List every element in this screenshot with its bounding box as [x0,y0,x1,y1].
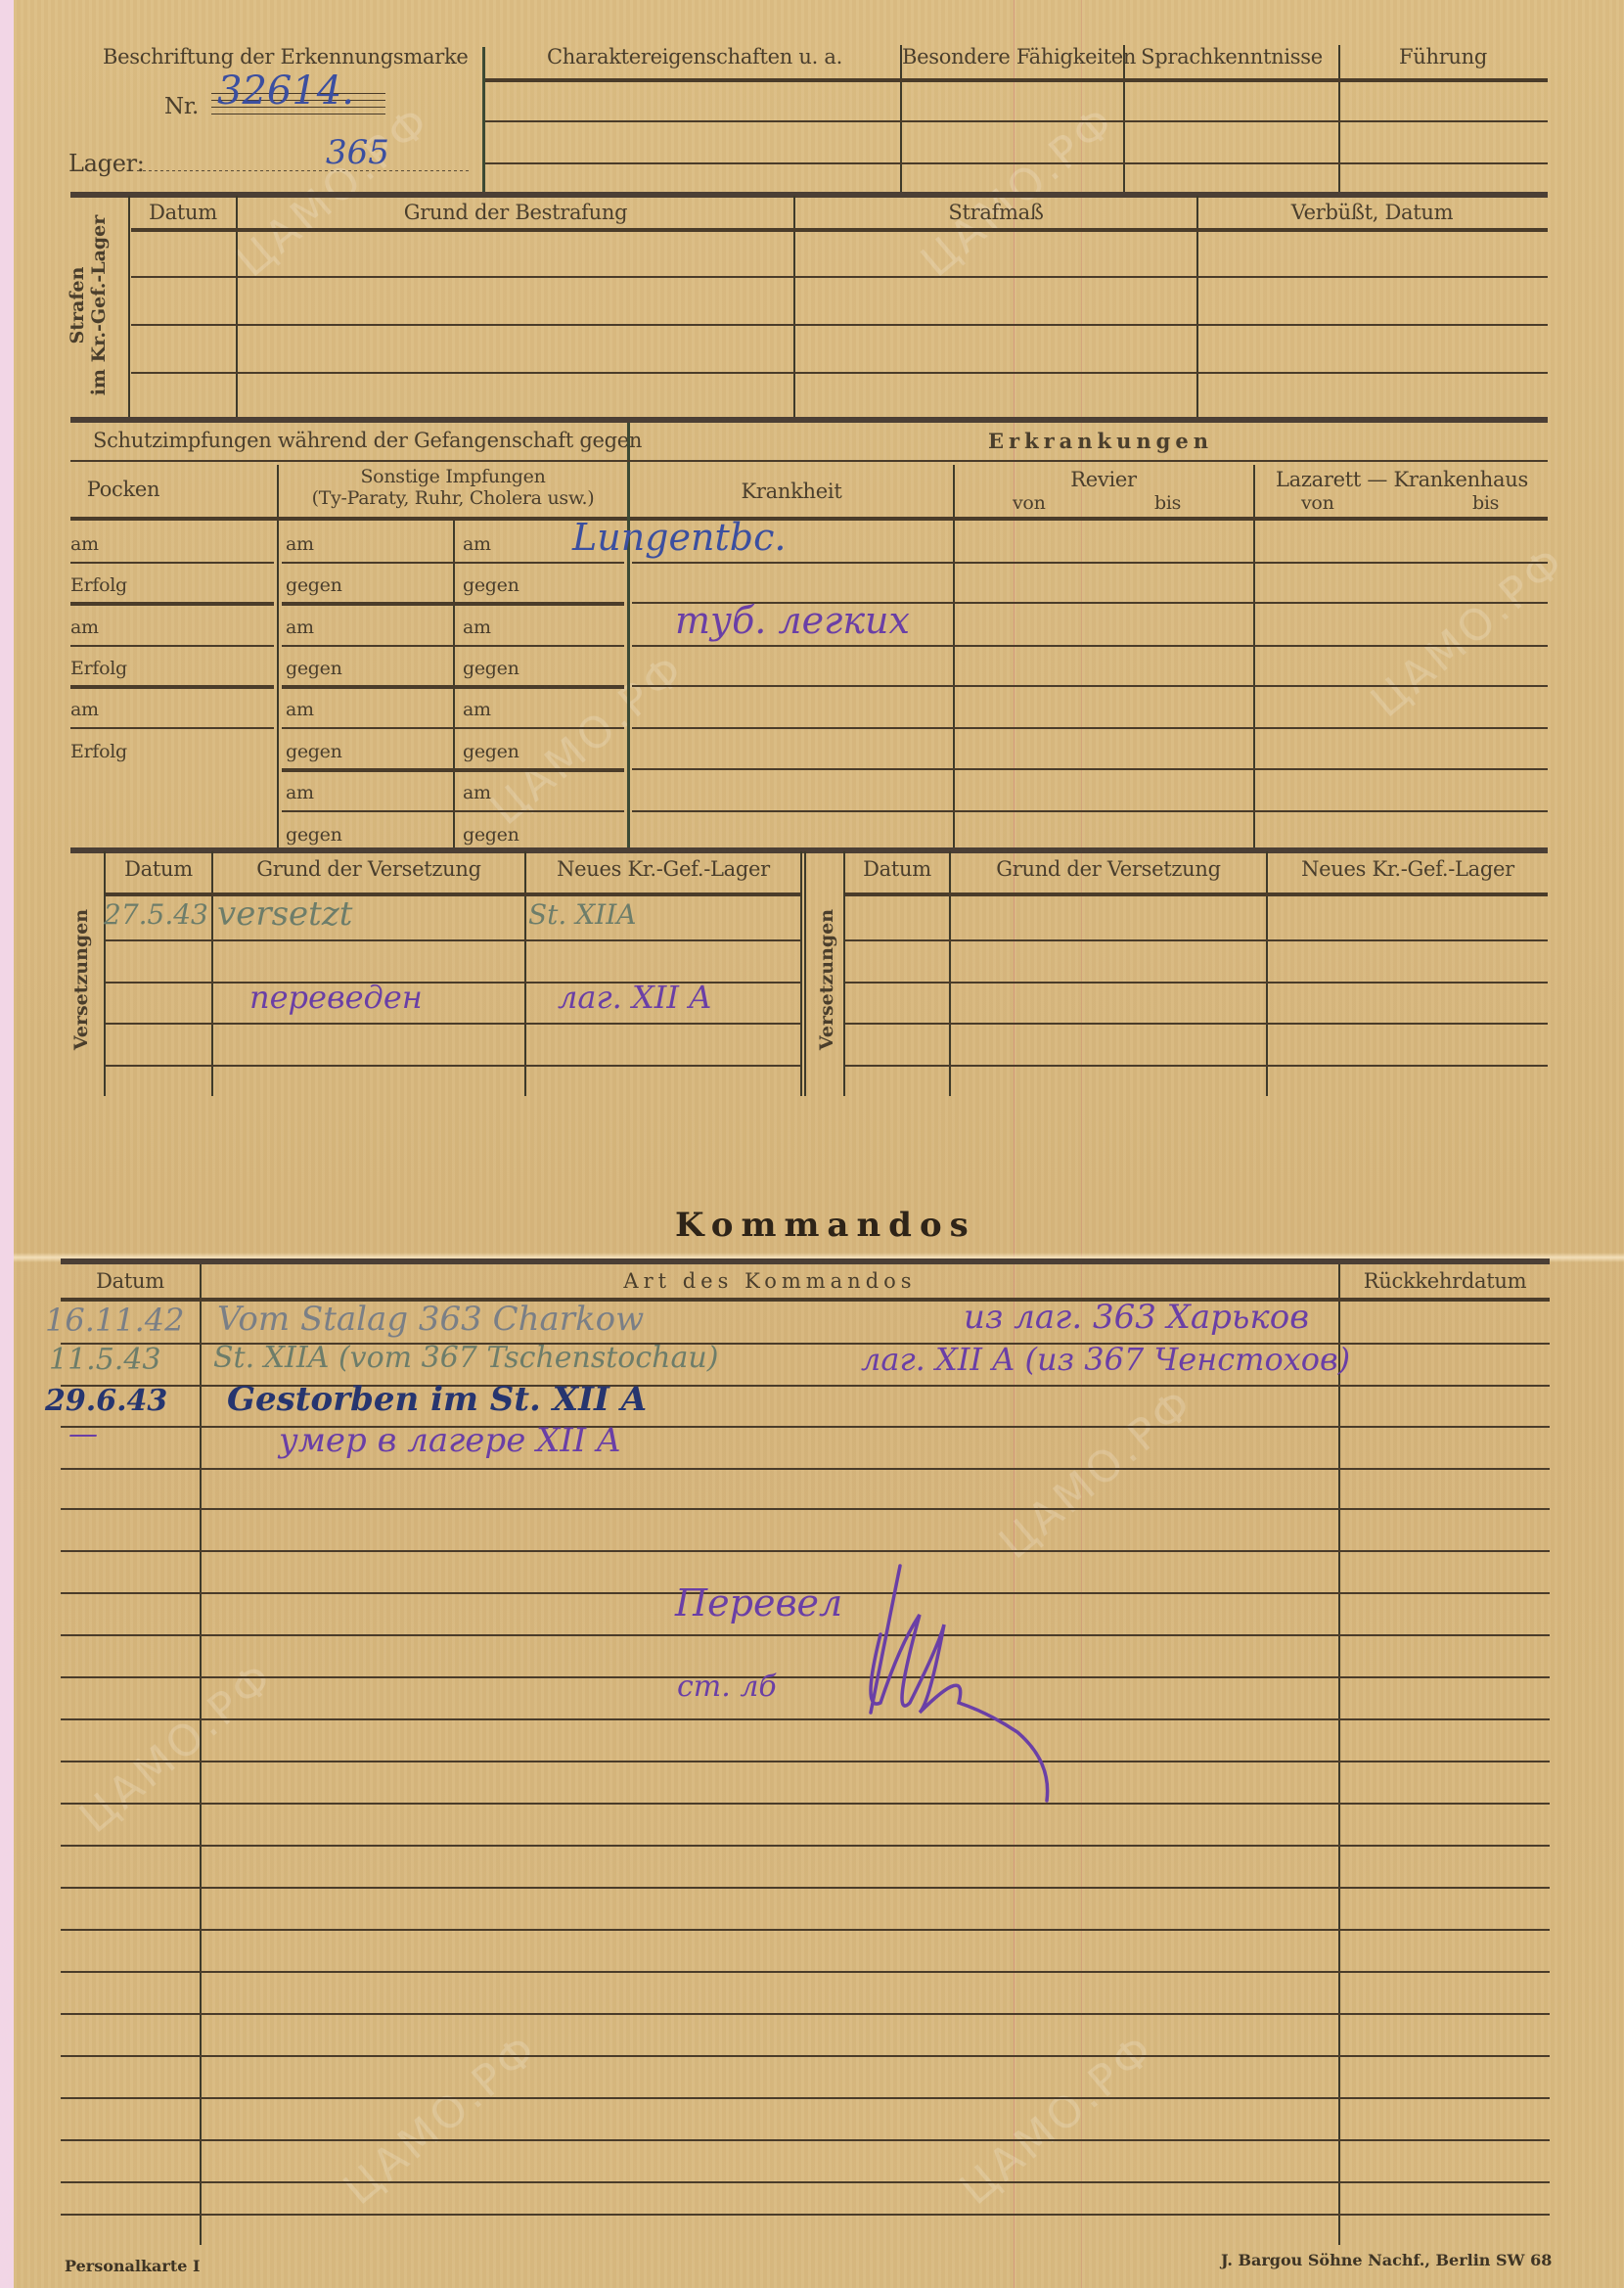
header-rule [131,228,1548,232]
kommando-description-russian: умер в лагере XII A [279,1421,621,1460]
row-rule [106,939,800,941]
kommandos-title: Kommandos [675,1206,976,1245]
header-rule [485,78,1548,82]
transfer-date: 27.5.43 [104,898,208,931]
row-rule [61,1550,1550,1552]
sonstige-am: am [463,617,491,638]
row-rule [61,1761,1550,1762]
header-krankheit: Krankheit [630,480,953,503]
header-datum: Datum [130,201,236,224]
row-rule [845,1065,1548,1067]
row-rule [282,562,624,564]
row-rule [61,2013,1550,2015]
side-label-line: im Kr.-Gef.-Lager [88,212,110,398]
kommando-description-russian: из лаг. 363 Харьков [964,1298,1309,1337]
col-divider [277,465,279,851]
nr-label: Nr. [164,94,199,119]
illnesses-title: Erkrankungen [988,429,1213,453]
header-sonstige-impfungen-examples: (Ty-Paraty, Ruhr, Cholera usw.) [279,487,627,509]
kommando-description-german: St. XIIA (vom 367 Tschenstochau) [213,1341,718,1375]
sonstige-am: am [286,617,314,638]
lager-value: 365 [326,133,389,172]
identity-divider [482,47,485,192]
kommando-description-russian: лаг. XII A (из 367 Ченстохов) [861,1341,1350,1378]
paper-margin-line [1014,0,1015,2288]
row-rule [70,645,274,647]
header-sprachkenntnisse: Sprachkenntnisse [1125,45,1338,69]
sonstige-gegen: gegen [286,741,342,762]
header-sonstige-impfungen: Sonstige Impfungen [279,466,627,487]
row-rule [61,1718,1550,1720]
lazarett-bis: bis [1472,492,1499,514]
header-rule [845,892,1548,896]
header-neues-lager: Neues Kr.-Gef.-Lager [1268,857,1548,881]
row-rule [70,727,274,729]
tag-number-value: 32614. [217,69,354,114]
signature-title: Перевел [675,1581,842,1624]
col-divider [800,851,802,1096]
row-rule [61,1929,1550,1931]
section-rule [70,417,1548,423]
row-rule [485,162,1548,164]
row-rule [845,982,1548,984]
transfers-side-label-left: Versetzungen [70,896,92,1063]
printer-imprint: J. Bargou Söhne Nachf., Berlin SW 68 [1221,2251,1552,2269]
row-rule [106,1023,800,1025]
header-besondere-faehigkeiten: Besondere Fähigkeiten [902,45,1123,69]
signature-scribble-icon [822,1556,1076,1810]
header-grund-der-versetzung: Grund der Versetzung [213,857,524,881]
sonstige-am: am [286,782,314,803]
header-charaktereigenschaften: Charaktereigenschaften u. a. [489,45,900,69]
row-rule [70,562,274,564]
header-lazarett-krankenhaus: Lazarett — Krankenhaus [1255,468,1549,491]
nr-rule [211,114,385,114]
kommando-description-german: Gestorben im St. XII A [227,1380,647,1419]
transfer-new-camp: St. XIIA [528,898,637,931]
header-strafmass: Strafmaß [795,201,1196,224]
header-grund-der-versetzung: Grund der Versetzung [951,857,1266,881]
lazarett-von: von [1301,492,1334,514]
sonstige-gegen: gegen [286,574,342,596]
row-rule [61,2139,1550,2141]
section-rule [61,1258,1550,1264]
row-rule [282,645,624,647]
sonstige-am: am [286,699,314,720]
section-rule [70,847,1548,853]
sonstige-gegen: gegen [286,824,342,846]
sonstige-am: am [286,533,314,555]
kommando-date: 11.5.43 [49,1343,161,1377]
kommando-date: 16.11.42 [45,1302,185,1339]
lager-dotted-line [137,170,470,171]
row-rule [61,2214,1550,2216]
row-rule [61,1676,1550,1678]
pocken-am: am [70,699,99,720]
row-rule [61,1508,1550,1510]
header-rueckkehrdatum: Rückkehrdatum [1340,1269,1550,1293]
row-rule [131,276,1548,278]
row-rule [61,1803,1550,1805]
illness-entry-russian: туб. легких [675,599,910,642]
row-rule [61,1468,1550,1470]
col-divider [843,851,845,1096]
vaccinations-title: Schutzimpfungen während der Gefangenscha… [93,429,642,452]
signature-rank: ст. лб [677,1670,777,1704]
transfer-reason: versetzt [217,894,352,934]
revier-bis: bis [1154,492,1181,514]
row-rule [632,645,1548,647]
row-rule [845,939,1548,941]
paper-margin-line [1081,0,1082,2288]
col-divider [1253,465,1255,851]
kommando-date: 29.6.43 [45,1384,167,1418]
header-verbuesst-datum: Verbüßt, Datum [1198,201,1546,224]
scan-edge [0,0,14,2288]
col-divider [953,465,955,851]
personnel-card-paper [14,0,1624,2288]
col-divider [104,851,106,1096]
row-rule [282,685,624,689]
header-datum: Datum [61,1269,200,1293]
col-divider [211,851,213,1096]
col-divider [524,851,526,1096]
row-rule [632,768,1548,770]
pocken-erfolg: Erfolg [70,741,127,762]
sonstige-am: am [463,699,491,720]
row-rule [632,562,1548,564]
illness-entry-german: Lungentbc. [572,516,786,559]
pocken-erfolg: Erfolg [70,658,127,679]
sonstige-gegen: gegen [286,658,342,679]
sonstige-gegen: gegen [463,574,519,596]
sonstige-gegen: gegen [463,741,519,762]
lager-label: Lager: [68,150,145,177]
row-rule [61,1634,1550,1636]
row-rule [131,372,1548,374]
header-grund-der-bestrafung: Grund der Bestrafung [238,201,793,224]
row-rule [106,1065,800,1067]
row-rule [131,324,1548,326]
kommando-description-german: Vom Stalag 363 Charkow [217,1300,644,1339]
row-rule [61,2055,1550,2057]
row-rule [282,768,624,772]
row-rule [632,727,1548,729]
pocken-erfolg: Erfolg [70,574,127,596]
col-divider [949,851,951,1096]
row-rule [70,602,274,606]
header-pocken: Pocken [70,478,176,501]
col-divider [1266,851,1268,1096]
transfer-reason-russian: переведен [249,979,423,1016]
header-rule [106,892,800,896]
side-label-line: Strafen [67,212,88,398]
header-fuehrung: Führung [1340,45,1546,69]
header-revier: Revier [955,468,1252,491]
kommando-date: — [68,1417,98,1451]
row-rule [61,2097,1550,2099]
transfer-new-camp-russian: лаг. XII A [558,979,711,1016]
row-rule [61,1971,1550,1973]
row-rule [845,1023,1548,1025]
subheader-rule [70,460,1548,462]
sonstige-am: am [463,782,491,803]
row-rule [61,1845,1550,1847]
sonstige-am: am [463,533,491,555]
row-rule [632,685,1548,687]
header-neues-lager: Neues Kr.-Gef.-Lager [526,857,800,881]
pocken-am: am [70,533,99,555]
row-rule [632,810,1548,812]
row-rule [61,2181,1550,2183]
header-art-des-kommandos: Art des Kommandos [202,1269,1338,1293]
revier-von: von [1013,492,1046,514]
pocken-am: am [70,617,99,638]
col-divider [804,851,806,1096]
header-datum: Datum [845,857,949,881]
row-rule [282,810,624,812]
sonstige-gegen: gegen [463,658,519,679]
transfers-side-label-right: Versetzungen [816,896,837,1063]
punishments-side-label: Strafen im Kr.-Gef.-Lager [67,212,110,398]
col-divider [128,196,130,417]
row-rule [61,1887,1550,1889]
sonstige-gegen: gegen [463,824,519,846]
row-rule [282,602,624,606]
tag-label: Beschriftung der Erkennungsmarke [103,45,469,69]
form-name: Personalkarte I [65,2257,200,2275]
row-rule [485,120,1548,122]
section-rule [70,192,1548,198]
row-rule [70,685,274,689]
header-datum: Datum [106,857,211,881]
header-rule [70,517,627,521]
row-rule [282,727,624,729]
